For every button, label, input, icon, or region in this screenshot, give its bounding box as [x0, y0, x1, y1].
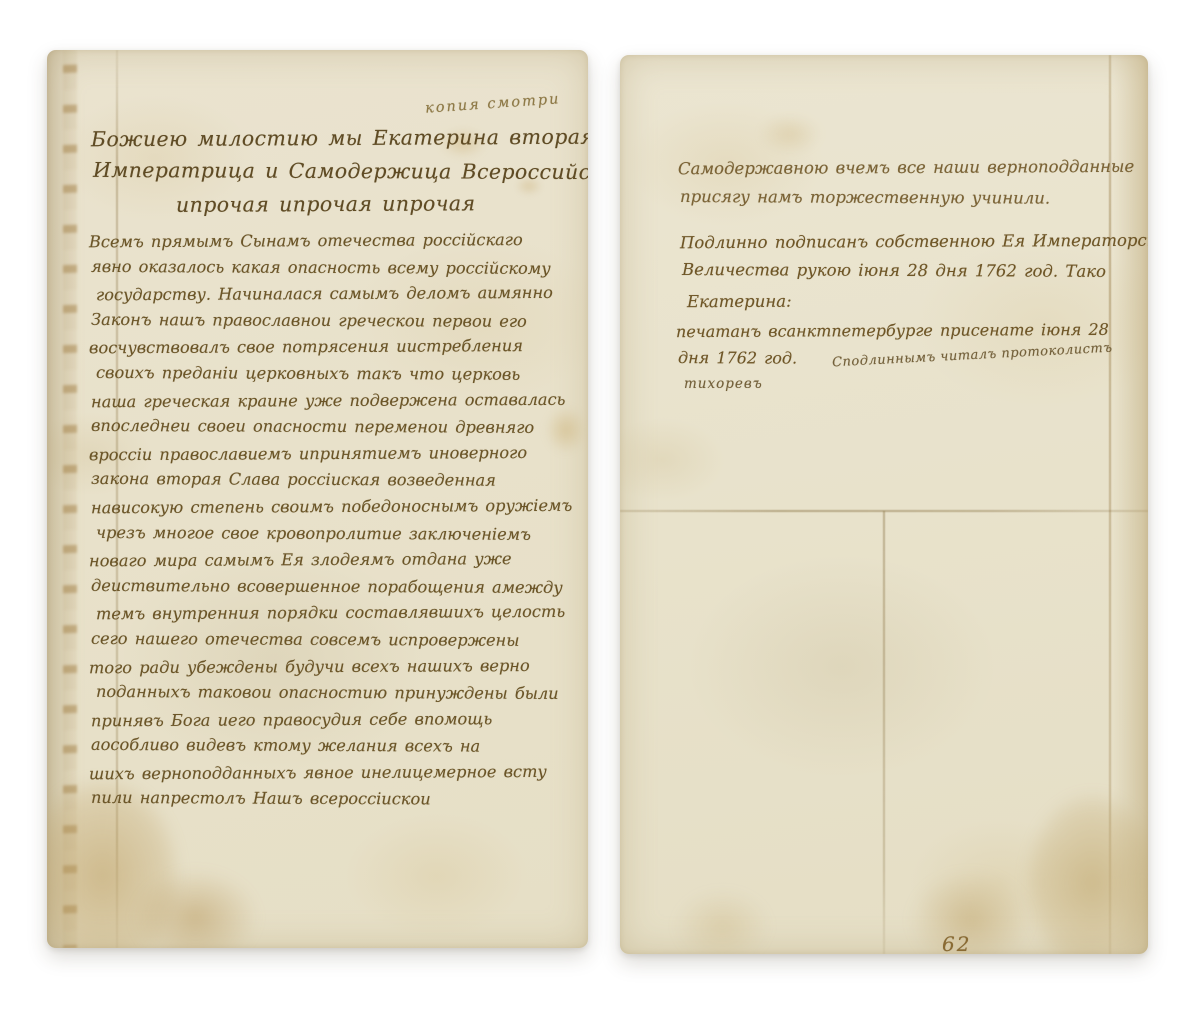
manuscript-line: деиствительно всовершенное порабощения а…	[91, 573, 585, 602]
manuscript-line: принявъ Бога иего правосудия себе впомощ…	[91, 705, 585, 734]
corner-annotation: копия смотри	[425, 91, 561, 116]
foxing-spot	[758, 113, 822, 155]
manuscript-line: аособливо видевъ ктому желания всехъ на	[91, 732, 585, 761]
manuscript-line: того ради убеждены будучи всехъ нашихъ в…	[89, 652, 585, 681]
manifesto-heading: Божиею милостию мы Екатерина втораяИмпер…	[93, 122, 583, 221]
manuscript-line: Екатерина:	[687, 285, 1137, 316]
oath-paragraph: Самодержавною вчемъ все наши верноподдан…	[680, 153, 1135, 213]
manuscript-line: печатанъ всанктпетербурге присенате іюня…	[676, 316, 1108, 346]
manuscript-photo: копия смотри Божиею милостию мы Екатерин…	[0, 0, 1200, 1013]
manifesto-body: Всемъ прямымъ Сынамъ отечества россійска…	[91, 228, 585, 813]
manuscript-line: государству. Начиналася самымъ деломъ аи…	[96, 280, 585, 309]
clerk-signature: тихоревъ	[684, 376, 763, 392]
manuscript-line: Величества рукою іюня 28 дня 1762 год. Т…	[682, 255, 1137, 286]
manuscript-line: ипрочая ипрочая ипрочая	[98, 187, 583, 223]
manuscript-page-right: Самодержавною вчемъ все наши верноподдан…	[620, 55, 1148, 954]
manuscript-line: явно оказалось какая опасность всему рос…	[91, 254, 585, 283]
manuscript-line: новаго мира самымъ Ея злодеямъ отдана уж…	[89, 546, 585, 575]
manuscript-line: чрезъ многое свое кровопролитие заключен…	[96, 519, 585, 548]
manuscript-line: присягу намъ торжественную учинили.	[680, 182, 1135, 214]
stain	[133, 870, 258, 948]
manuscript-line: поданныхъ таковои опасностию принуждены …	[96, 679, 585, 708]
manuscript-line: Законъ нашъ православнои греческои перво…	[91, 307, 585, 336]
manuscript-line: Императрица и Самодержица Всероссийская.	[93, 154, 583, 189]
stain	[675, 890, 770, 954]
manuscript-line: Всемъ прямымъ Сынамъ отечества россійска…	[89, 227, 585, 256]
manuscript-line: пили напрестолъ Нашъ всероссіискои	[91, 785, 585, 814]
manuscript-line: нависокую степень своимъ победоноснымъ о…	[91, 493, 585, 522]
manuscript-line: восчувствовалъ свое потрясения иистребле…	[89, 333, 585, 362]
manuscript-line: своихъ преданіи церковныхъ такъ что церк…	[96, 360, 585, 389]
manuscript-line: наша греческая краине уже подвержена ост…	[91, 386, 585, 415]
manuscript-page-left: копия смотри Божиею милостию мы Екатерин…	[47, 50, 588, 948]
manuscript-line: Самодержавною вчемъ все наши верноподдан…	[678, 152, 1135, 184]
manuscript-line: вроссіи православиемъ ипринятиемъ иновер…	[89, 439, 585, 468]
manuscript-line: Подлинно подписанъ собственною Ея Импера…	[680, 226, 1137, 257]
manuscript-line: закона вторая Слава россіиская возведенн…	[91, 466, 585, 495]
manuscript-line: темъ внутренния порядки составлявшихъ це…	[96, 599, 585, 628]
signature-paragraph: Подлинно подписанъ собственною Ея Импера…	[682, 227, 1137, 315]
manuscript-line: шихъ верноподданныхъ явное инелицемерное…	[89, 759, 585, 788]
manuscript-line: сего нашего отечества совсемъ испроверже…	[91, 626, 585, 655]
binding-fold-band	[63, 50, 77, 948]
manuscript-line: впоследнеи своеи опасности переменои дре…	[91, 413, 585, 442]
manuscript-line: Божиею милостию мы Екатерина вторая	[91, 121, 583, 157]
vertical-fold-crease	[883, 511, 885, 954]
page-number: 62	[942, 932, 971, 954]
